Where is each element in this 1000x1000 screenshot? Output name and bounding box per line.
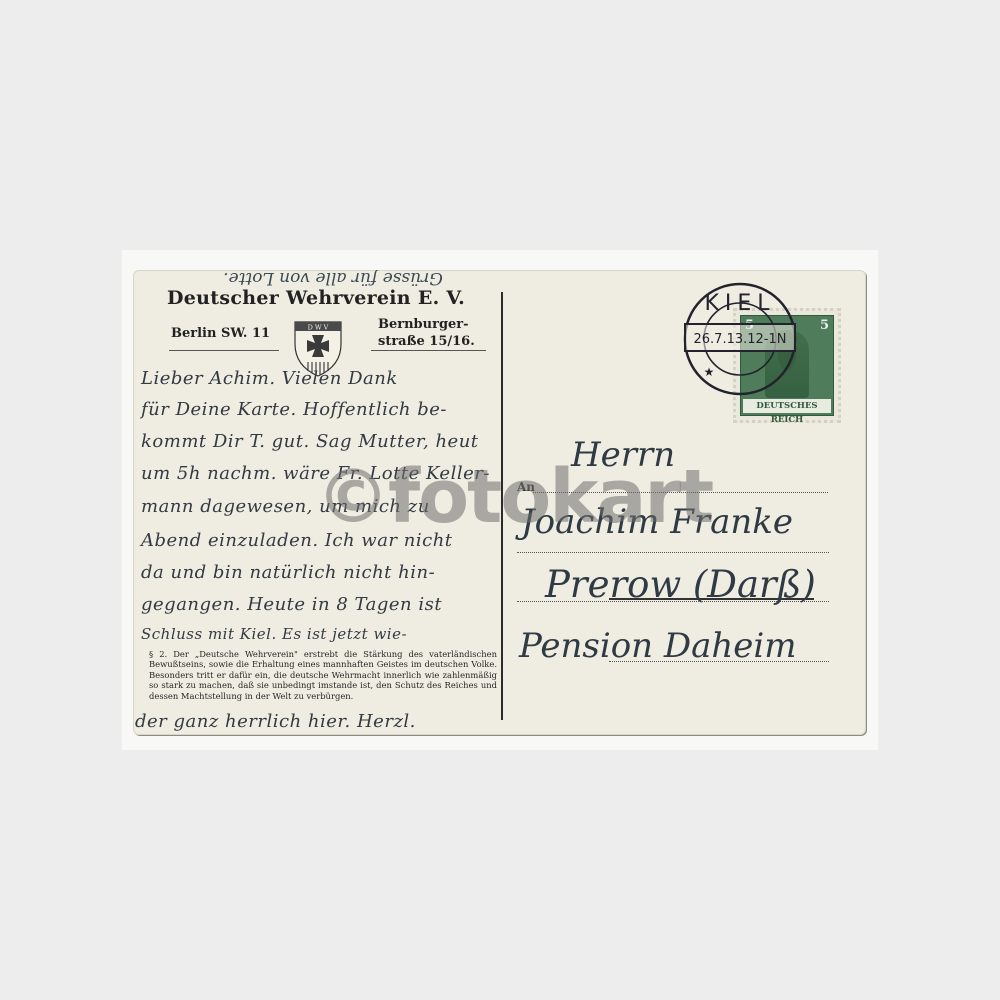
header-rule-right: [371, 350, 486, 351]
message-line: kommt Dir T. gut. Sag Mutter, heut: [141, 431, 479, 452]
statute-paragraph: § 2. Der „Deutsche Wehrverein" erstrebt …: [149, 649, 497, 701]
message-line: da und bin natürlich nicht hin-: [141, 562, 435, 583]
message-closing: der ganz herrlich hier. Herzl.: [135, 711, 416, 732]
emblem-letters: D W V: [308, 324, 329, 332]
message-line: Schluss mit Kiel. Es ist jetzt wie-: [141, 625, 407, 643]
street-line-2: straße 15/16.: [378, 333, 475, 350]
postmark-city: KIEL: [704, 291, 775, 316]
message-line: Lieber Achim. Vielen Dank: [141, 368, 398, 389]
address-line-2-dots: [517, 552, 829, 553]
message-line: gegangen. Heute in 8 Tagen ist: [141, 594, 442, 615]
postmark-date: 26.7.13.12-1N: [694, 332, 787, 347]
header-rule-left: [169, 350, 279, 351]
address-pension: Pension Daheim: [519, 626, 797, 666]
street-line-1: Bernburger-: [378, 316, 475, 333]
postmark-star: ★: [704, 365, 715, 379]
stamp-country: DEUTSCHES REICH: [743, 399, 831, 413]
message-line: für Deine Karte. Hoffentlich be-: [141, 399, 447, 420]
upside-down-greeting: Grüsse für alle von Lotte.: [203, 270, 463, 288]
address-town: Prerow (Darß): [545, 563, 816, 606]
stamp-value-right: 5: [820, 318, 829, 333]
organization-title: Deutscher Wehrverein E. V.: [167, 287, 497, 309]
kiel-postmark: KIEL 26.7.13.12-1N ★: [681, 280, 799, 398]
organization-street: Bernburger- straße 15/16.: [378, 316, 475, 350]
fotokart-watermark: ©fotokart: [316, 460, 712, 534]
organization-city: Berlin SW. 11: [171, 326, 270, 341]
